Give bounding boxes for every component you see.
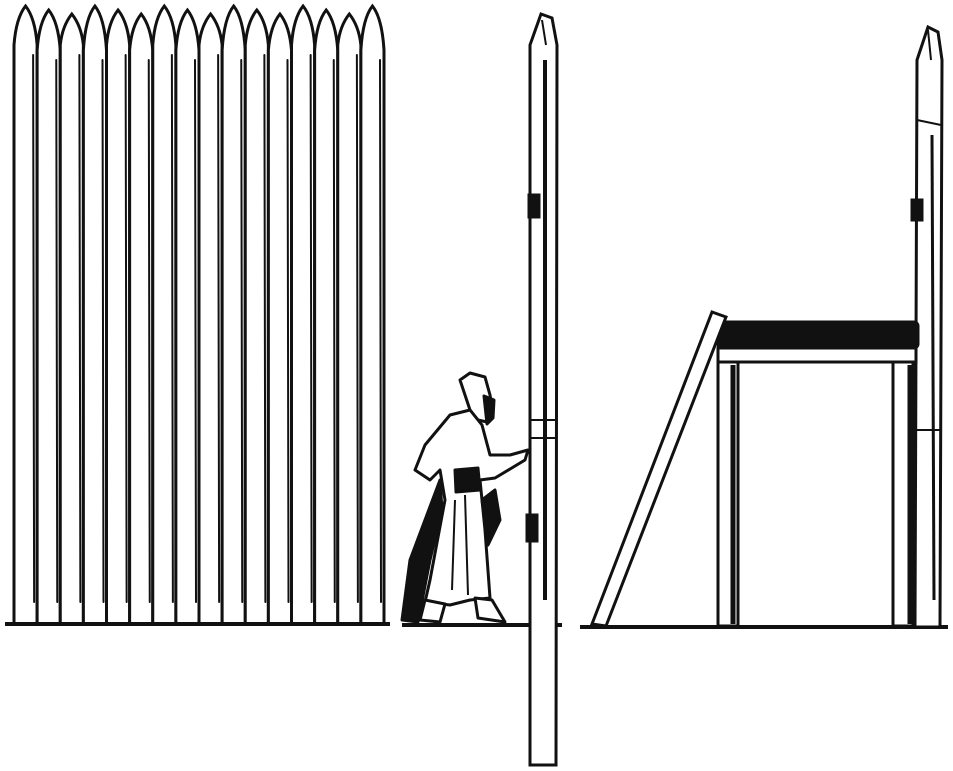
- man-figure: [402, 373, 528, 622]
- palisade-fence: [14, 6, 384, 622]
- ground-lines: [5, 624, 948, 627]
- platform-structure: [592, 312, 918, 626]
- central-pole: [527, 14, 557, 765]
- palisade-illustration: [0, 0, 953, 771]
